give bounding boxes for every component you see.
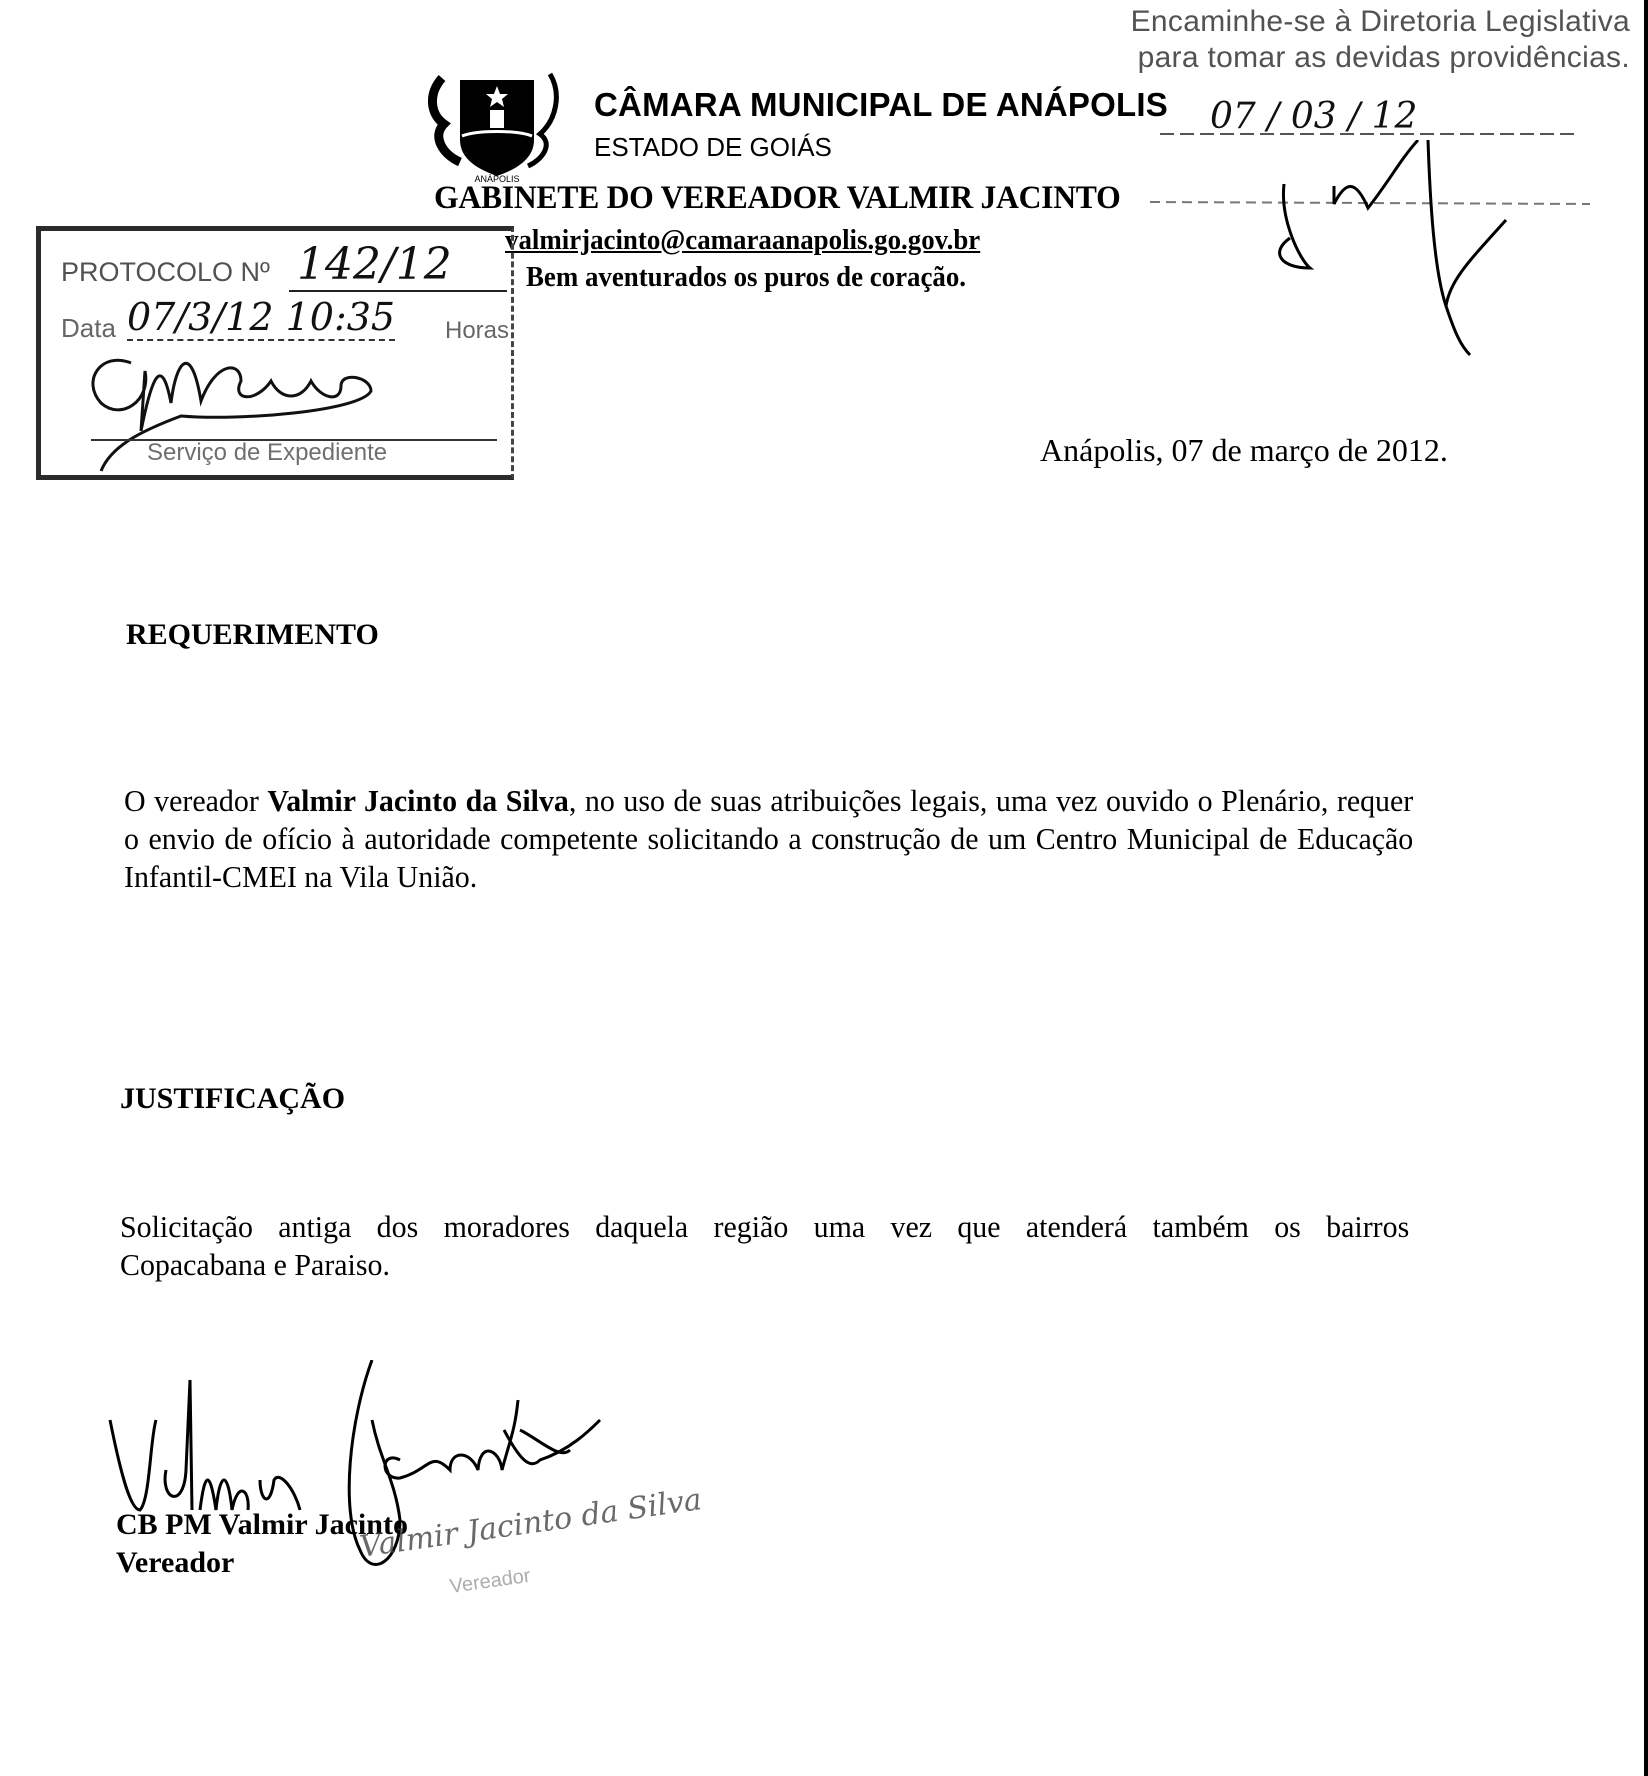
councilor-signature bbox=[100, 1360, 700, 1620]
protocol-department: Serviço de Expediente bbox=[147, 439, 387, 467]
justification-paragraph: Solicitação antiga dos moradores daquela… bbox=[120, 1208, 1409, 1284]
dispatch-stamp: Encaminhe-se à Diretoria Legislativa par… bbox=[1118, 4, 1630, 76]
email-link[interactable]: valmirjacinto@camaraanapolis.go.gov.br bbox=[505, 225, 980, 257]
institution-name: CÂMARA MUNICIPAL DE ANÁPOLIS bbox=[594, 86, 1168, 124]
justification-heading: JUSTIFICAÇÃO bbox=[120, 1082, 345, 1116]
dispatch-signature bbox=[1150, 140, 1600, 375]
request-paragraph: O vereador Valmir Jacinto da Silva, no u… bbox=[124, 782, 1413, 896]
dispatch-handwritten-date: 07 / 03 / 12 bbox=[1160, 88, 1580, 148]
motto: Bem aventurados os puros de coração. bbox=[526, 262, 966, 294]
dispatch-line-1: Encaminhe-se à Diretoria Legislativa bbox=[1118, 4, 1630, 40]
protocol-stamp: PROTOCOLO Nº 142/12 Data 07/3/12 10:35 H… bbox=[36, 226, 514, 480]
place-and-date: Anápolis, 07 de março de 2012. bbox=[1040, 432, 1448, 469]
councilor-name: Valmir Jacinto da Silva bbox=[267, 783, 569, 818]
dispatch-line-2: para tomar as devidas providências. bbox=[1118, 40, 1630, 76]
dispatch-date-text: 07 / 03 / 12 bbox=[1210, 96, 1417, 137]
municipal-coat-of-arms-icon: ANÁPOLIS bbox=[422, 44, 572, 184]
signatory-role: Vereador bbox=[116, 1546, 234, 1580]
scan-border bbox=[1644, 0, 1648, 1776]
state-name: ESTADO DE GOIÁS bbox=[594, 132, 832, 163]
office-name: GABINETE DO VEREADOR VALMIR JACINTO bbox=[434, 180, 1120, 217]
request-heading: REQUERIMENTO bbox=[126, 618, 379, 652]
justification-line-1: Solicitação antiga dos moradores daquela… bbox=[120, 1208, 1409, 1246]
request-intro: O vereador bbox=[124, 783, 267, 818]
justification-line-2: Copacabana e Paraiso. bbox=[120, 1247, 390, 1282]
